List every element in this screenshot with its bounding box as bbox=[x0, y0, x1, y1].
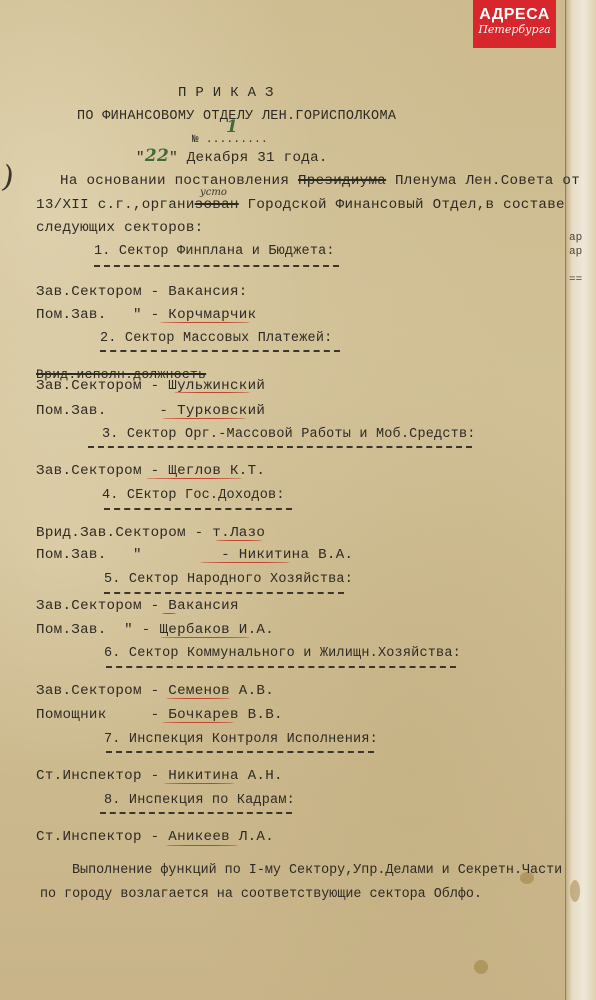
dashed-underline bbox=[106, 751, 374, 753]
red-pencil-underline bbox=[166, 845, 238, 846]
sector-heading: 2. Сектор Массовых Платежей: bbox=[100, 330, 332, 348]
logo-line-1: АДРЕСА bbox=[473, 6, 556, 23]
dashed-underline bbox=[94, 265, 339, 267]
document-date: "22" Декабря 31 года. bbox=[136, 147, 328, 167]
closing-line-1: Выполнение функций по I-му Сектору,Упр.Д… bbox=[72, 862, 562, 880]
red-pencil-underline bbox=[162, 613, 176, 614]
logo-line-2: Петербурга bbox=[473, 23, 556, 37]
sector-heading: 5. Сектор Народного Хозяйства: bbox=[104, 571, 353, 589]
red-pencil-underline bbox=[160, 637, 250, 638]
red-pencil-underline bbox=[174, 392, 250, 393]
intro-line-2: 13/XII с.г.,организован Городской Финанс… bbox=[36, 196, 565, 214]
dashed-underline bbox=[100, 812, 292, 814]
red-pencil-underline bbox=[160, 322, 250, 323]
staff-row: Помощник - Бочкарев В.В. bbox=[36, 706, 283, 724]
red-pencil-underline bbox=[216, 540, 262, 541]
dashed-underline bbox=[106, 666, 456, 668]
red-pencil-underline bbox=[162, 722, 234, 723]
dashed-underline bbox=[100, 350, 340, 352]
red-pencil-underline bbox=[164, 783, 234, 784]
staff-row: Зав.Сектором - Вакансия bbox=[36, 597, 239, 615]
staff-row: Ст.Инспектор - Аникеев Л.А. bbox=[36, 828, 274, 846]
document-title: ПРИКАЗ bbox=[178, 84, 282, 102]
struck-text: Президиума bbox=[298, 173, 386, 189]
red-pencil-underline bbox=[200, 562, 290, 563]
handwritten-day: 22 bbox=[145, 146, 169, 166]
staff-row: Ст.Инспектор - Никитина А.Н. bbox=[36, 767, 283, 785]
closing-line-2: по городу возлагается на соответствующие… bbox=[40, 886, 482, 904]
red-pencil-underline bbox=[162, 418, 246, 419]
edge-text-stub: == bbox=[569, 274, 593, 286]
edge-text-stub: ар bbox=[569, 232, 593, 244]
edge-text-stub: ар bbox=[569, 246, 593, 258]
paper-stain bbox=[474, 960, 488, 974]
struck-text: зован bbox=[195, 197, 239, 213]
handwritten-order-number: 1 bbox=[226, 118, 238, 136]
dashed-underline bbox=[104, 508, 292, 510]
sector-heading: 7. Инспекция Контроля Исполнения: bbox=[104, 731, 378, 749]
sector-heading: 1. Сектор Финплана и Бюджета: bbox=[94, 243, 335, 261]
sector-heading: 6. Сектор Коммунального и Жилищн.Хозяйст… bbox=[104, 645, 461, 663]
site-logo[interactable]: АДРЕСА Петербурга bbox=[473, 0, 556, 48]
intro-line-3: следующих секторов: bbox=[36, 219, 203, 237]
red-pencil-underline bbox=[146, 478, 242, 479]
sector-heading: 4. СЕктор Гос.Доходов: bbox=[102, 487, 285, 505]
dashed-underline bbox=[104, 592, 344, 594]
staff-row: Пом.Зав. " - Никитина В.А. bbox=[36, 546, 353, 564]
staff-row: Зав.Сектором - Вакансия: bbox=[36, 283, 248, 301]
staff-row: Зав.Сектором - Семенов А.В. bbox=[36, 682, 274, 700]
intro-line-1: На основании постановления Президиума Пл… bbox=[60, 172, 580, 190]
number-label: № bbox=[192, 134, 199, 146]
red-pencil-underline bbox=[166, 698, 230, 699]
dashed-underline bbox=[88, 446, 472, 448]
paper-stain bbox=[570, 880, 580, 902]
sector-heading: 3. Сектор Орг.-Массовой Работы и Моб.Сре… bbox=[102, 426, 476, 444]
adjacent-page-edge: ар ар == bbox=[565, 0, 596, 1000]
sector-heading: 8. Инспекция по Кадрам: bbox=[104, 792, 295, 810]
